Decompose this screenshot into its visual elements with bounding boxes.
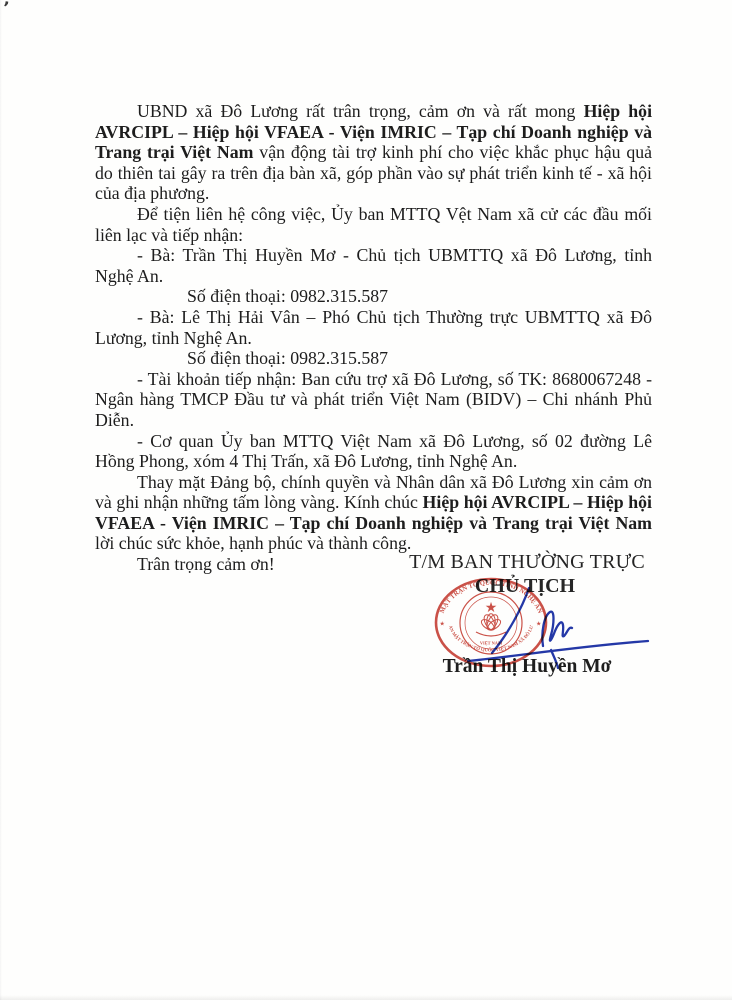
paragraph-thanks: UBND xã Đô Lương rất trân trọng, cảm ơn … xyxy=(95,101,652,204)
paragraph-closing: Thay mặt Đảng bộ, chính quyền và Nhân dâ… xyxy=(95,472,652,554)
text-run: Trân trọng cảm ơn! xyxy=(137,554,275,574)
text-run: Số điện thoại: 0982.315.587 xyxy=(187,348,388,368)
scan-artifact-mark: ʼ xyxy=(2,0,11,17)
signature-strokes xyxy=(468,588,648,668)
text-run: UBND xã Đô Lương rất trân trọng, cảm ơn … xyxy=(137,101,584,121)
text-run: Số điện thoại: 0982.315.587 xyxy=(187,286,388,306)
phone-line-1: Số điện thoại: 0982.315.587 xyxy=(95,286,652,307)
text-run: Để tiện liên hệ công việc, Ủy ban MTTQ V… xyxy=(95,204,652,245)
contact-item-1: - Bà: Trần Thị Huyền Mơ - Chủ tịch UBMTT… xyxy=(95,245,652,286)
signature-authority-line: T/M BAN THƯỜNG TRỰC xyxy=(396,551,658,574)
text-run: lời chúc sức khỏe, hạnh phúc và thành cô… xyxy=(95,533,411,553)
text-run: - Bà: Lê Thị Hải Vân – Phó Chủ tịch Thườ… xyxy=(95,307,652,348)
letter-body: UBND xã Đô Lương rất trân trọng, cảm ơn … xyxy=(95,101,652,575)
paragraph-contact-intro: Để tiện liên hệ công việc, Ủy ban MTTQ V… xyxy=(95,204,652,245)
handwritten-signature-ink xyxy=(460,580,660,675)
text-run: - Cơ quan Ủy ban MTTQ Việt Nam xã Đô Lươ… xyxy=(95,431,652,472)
office-address-item: - Cơ quan Ủy ban MTTQ Việt Nam xã Đô Lươ… xyxy=(95,431,652,472)
phone-line-2: Số điện thoại: 0982.315.587 xyxy=(95,348,652,369)
text-run: - Tài khoản tiếp nhận: Ban cứu trợ xã Đô… xyxy=(95,369,652,430)
text-run: - Bà: Trần Thị Huyền Mơ - Chủ tịch UBMTT… xyxy=(95,245,652,286)
contact-item-2: - Bà: Lê Thị Hải Vân – Phó Chủ tịch Thườ… xyxy=(95,307,652,348)
seal-star-separator-left-icon: ★ xyxy=(440,621,445,628)
bank-account-item: - Tài khoản tiếp nhận: Ban cứu trợ xã Đô… xyxy=(95,369,652,431)
scanned-letter-page: ʼ UBND xã Đô Lương rất trân trọng, cảm ơ… xyxy=(0,0,732,1000)
